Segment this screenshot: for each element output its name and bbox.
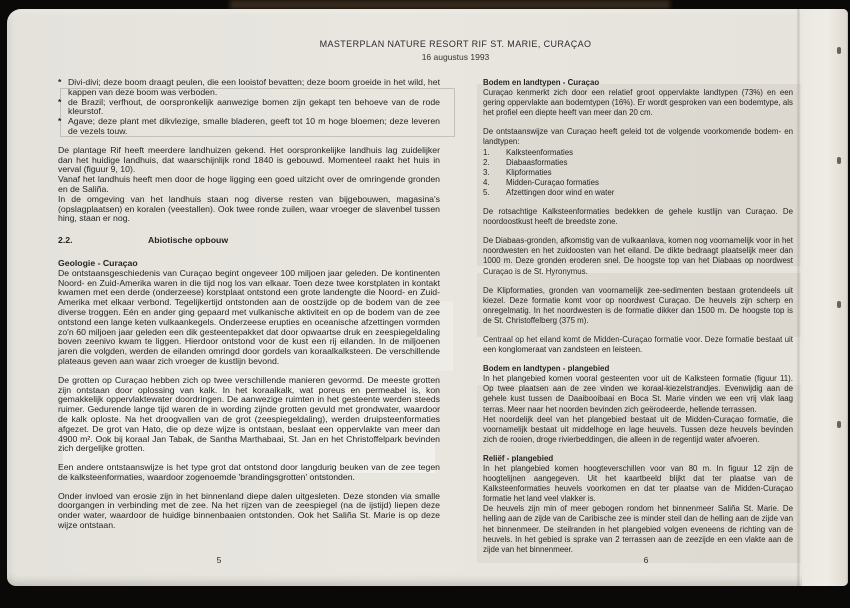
list-item-text: Midden-Curaçao formaties [506, 178, 599, 188]
list-item-text: Klipformaties [506, 168, 552, 178]
list-number: 3. [483, 168, 506, 178]
subheading-relief: Reliëf - plangebied [483, 454, 793, 464]
scan-speck [837, 157, 841, 164]
tree-species-list: * Divi-divi; deze boom draagt peulen, di… [58, 78, 440, 137]
paragraph-plangebied-1: In het plangebied komen vooral gesteente… [483, 374, 793, 414]
two-column-spread: * Divi-divi; deze boom draagt peulen, di… [58, 78, 793, 564]
page-edge [802, 9, 848, 586]
page-number-left: 5 [209, 555, 229, 565]
paragraph-bodem-curacao: Curaçao kenmerkt zich door een relatief … [483, 88, 793, 118]
list-item: 5. Afzettingen door wind en water [483, 188, 793, 198]
paragraph-erosie: Onder invloed van erosie zijn in het bin… [58, 492, 440, 531]
page-crease [796, 9, 801, 586]
book-binding-shadow [230, 0, 670, 9]
subheading-bodem-curacao: Bodem en landtypen - Curaçao [483, 78, 793, 88]
document-header: MASTERPLAN NATURE RESORT RIF ST. MARIE, … [35, 39, 850, 62]
paragraph-geologie: De ontstaansgeschiedenis van Curaçao beg… [58, 269, 440, 367]
list-item-text: Afzettingen door wind en water [506, 188, 614, 198]
paragraph-relief-1: In het plangebied komen hoogteverschille… [483, 464, 793, 504]
list-number: 5. [483, 188, 506, 198]
paragraph: De plantage Rif heeft meerdere landhuize… [58, 146, 440, 175]
list-item: * Agave; deze plant met dikvlezige, smal… [58, 117, 440, 137]
page-right: Bodem en landtypen - Curaçao Curaçao ken… [483, 78, 793, 564]
paragraph-relief-2: De heuvels zijn min of meer gebogen rond… [483, 504, 793, 554]
paragraph: Vanaf het landhuis heeft men door de hog… [58, 175, 440, 195]
bullet-marker: * [58, 117, 68, 137]
page-number-right: 6 [636, 555, 656, 565]
bullet-marker: * [58, 78, 68, 98]
document-title: MASTERPLAN NATURE RESORT RIF ST. MARIE, … [35, 39, 850, 49]
paragraph-plangebied-2: Het noordelijk deel van het plangebied b… [483, 415, 793, 445]
landtypen-numbered-list: 1. Kalksteenformaties 2. Diabaasformatie… [483, 148, 793, 198]
list-number: 4. [483, 178, 506, 188]
section-heading-2-2: 2.2. Abiotische opbouw [58, 236, 440, 246]
list-item: * de Brazil; verfhout, de oorspronkelijk… [58, 98, 440, 118]
list-item-text: Divi-divi; deze boom draagt peulen, die … [68, 78, 440, 98]
paragraph-group-landhuis: De plantage Rif heeft meerdere landhuize… [58, 146, 440, 224]
paragraph-brandingsgrotten: Een andere ontstaanswijze is het type gr… [58, 463, 440, 483]
paragraph-landtypen-intro: De ontstaanswijze van Curaçao heeft gele… [483, 127, 793, 147]
paragraph: In de omgeving van het landhuis staan no… [58, 195, 440, 224]
paragraph-klipformaties: De Klipformaties, gronden van voornameli… [483, 286, 793, 326]
scan-speck [837, 301, 841, 308]
list-number: 2. [483, 158, 506, 168]
subheading-bodem-plangebied: Bodem en landtypen - plangebied [483, 364, 793, 374]
paragraph-midden-curacao: Centraal op het eiland komt de Midden-Cu… [483, 335, 793, 355]
paragraph-kalksteenformaties: De rotsachtige Kalksteenformaties bedekk… [483, 207, 793, 227]
paragraph-grotten: De grotten op Curaçao hebben zich op twe… [58, 376, 440, 454]
page-left: * Divi-divi; deze boom draagt peulen, di… [58, 78, 440, 564]
list-item-text: Kalksteenformaties [506, 148, 573, 158]
list-number: 1. [483, 148, 506, 158]
bullet-marker: * [58, 98, 68, 118]
scan-speck [837, 421, 841, 428]
list-item: * Divi-divi; deze boom draagt peulen, di… [58, 78, 440, 98]
scanned-document-photo: MASTERPLAN NATURE RESORT RIF ST. MARIE, … [0, 0, 850, 608]
document-date: 16 augustus 1993 [35, 52, 850, 62]
list-item-text: Diabaasformaties [506, 158, 567, 168]
paragraph-diabaas: De Diabaas-gronden, afkomstig van de vul… [483, 236, 793, 276]
list-item-text: de Brazil; verfhout, de oorspronkelijk a… [68, 98, 440, 118]
list-item: 2. Diabaasformaties [483, 158, 793, 168]
list-item: 1. Kalksteenformaties [483, 148, 793, 158]
section-number: 2.2. [58, 236, 148, 246]
list-item: 4. Midden-Curaçao formaties [483, 178, 793, 188]
section-title: Abiotische opbouw [148, 236, 228, 246]
list-item-text: Agave; deze plant met dikvlezige, smalle… [68, 117, 440, 137]
list-item: 3. Klipformaties [483, 168, 793, 178]
document-spread: MASTERPLAN NATURE RESORT RIF ST. MARIE, … [7, 9, 848, 586]
